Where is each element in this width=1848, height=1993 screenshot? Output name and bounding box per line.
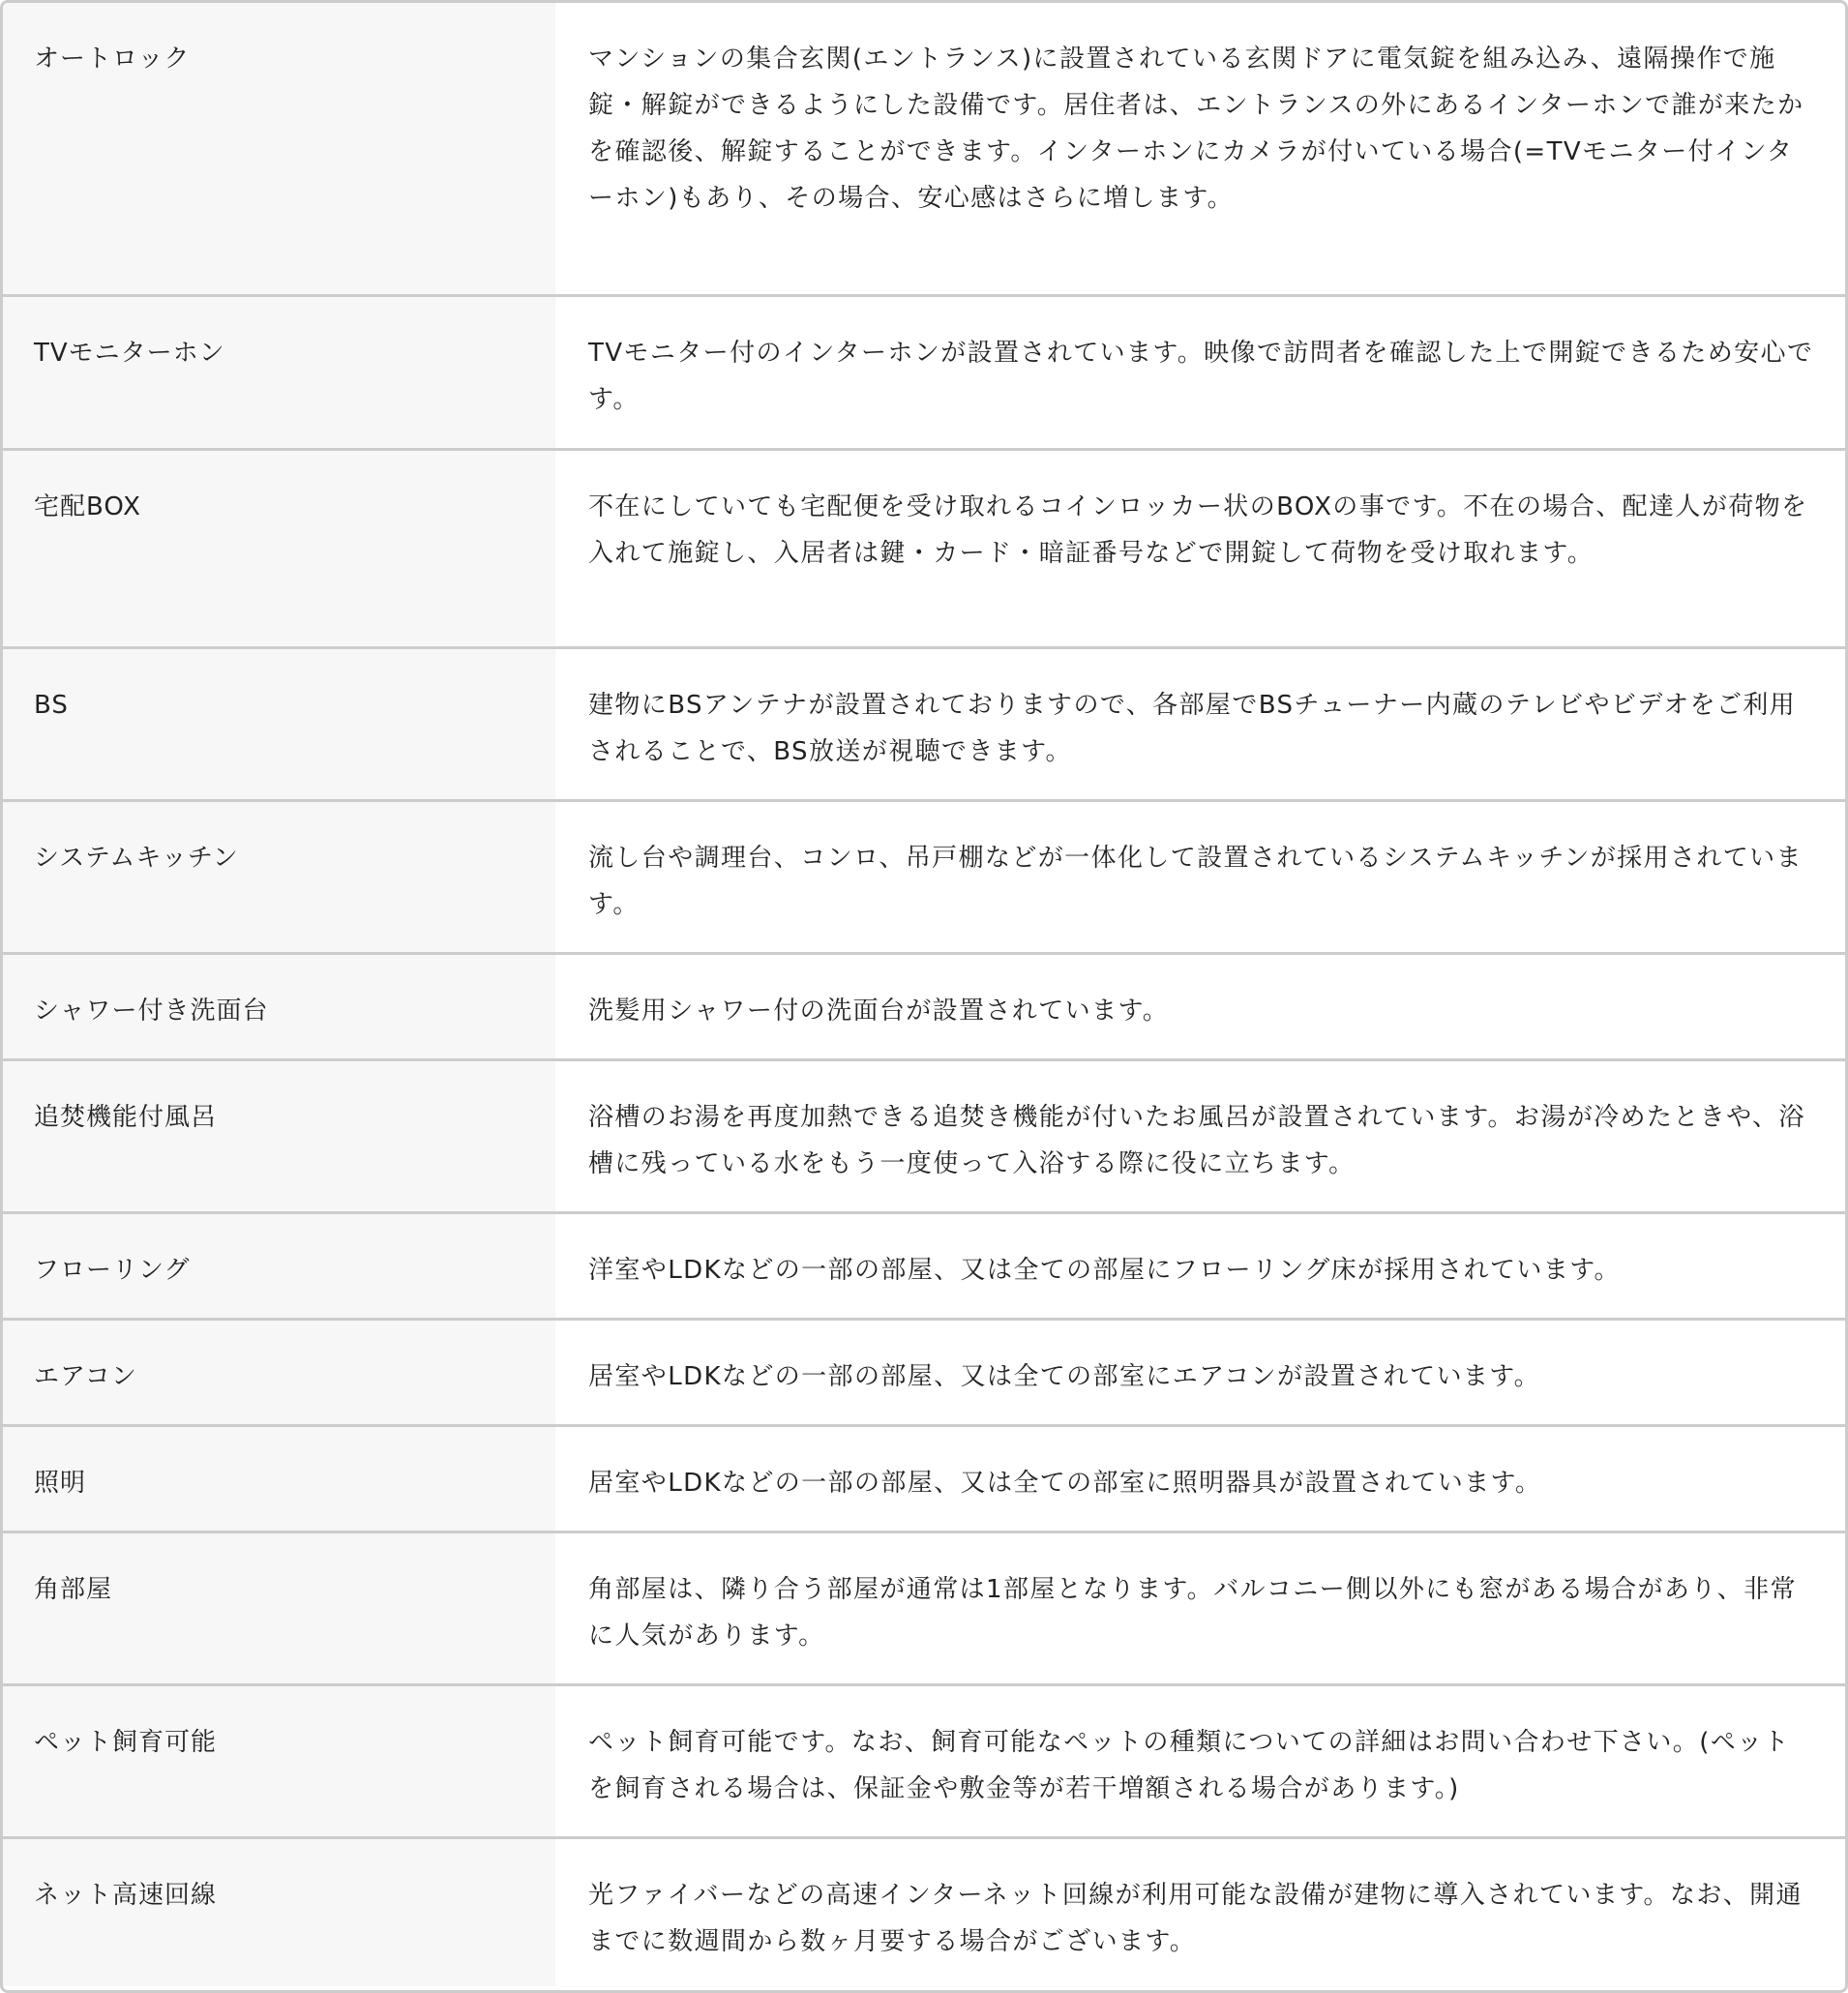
feature-label: フローリング (3, 1214, 555, 1318)
feature-description: 建物にBSアンテナが設置されておりますので、各部屋でBSチューナー内蔵のテレビや… (555, 649, 1845, 799)
table-row: 角部屋角部屋は、隣り合う部屋が通常は1部屋となります。バルコニー側以外にも窓があ… (3, 1531, 1845, 1683)
table-row: ペット飼育可能ペット飼育可能です。なお、飼育可能なペットの種類についての詳細はお… (3, 1683, 1845, 1836)
feature-label: オートロック (3, 3, 555, 294)
table-row: 照明居室やLDKなどの一部の部屋、又は全ての部室に照明器具が設置されています。 (3, 1424, 1845, 1531)
table-row: エアコン居室やLDKなどの一部の部屋、又は全ての部室にエアコンが設置されています… (3, 1318, 1845, 1424)
feature-label: 追焚機能付風呂 (3, 1061, 555, 1211)
table-row: TVモニターホンTVモニター付のインターホンが設置されています。映像で訪問者を確… (3, 294, 1845, 448)
features-table: オートロックマンションの集合玄関(エントランス)に設置されている玄関ドアに電気錠… (0, 0, 1848, 1993)
feature-description: 光ファイバーなどの高速インターネット回線が利用可能な設備が建物に導入されています… (555, 1839, 1845, 1986)
feature-description: 居室やLDKなどの一部の部屋、又は全ての部室に照明器具が設置されています。 (555, 1427, 1845, 1531)
table-row: ネット高速回線光ファイバーなどの高速インターネット回線が利用可能な設備が建物に導… (3, 1836, 1845, 1986)
table-row: BS建物にBSアンテナが設置されておりますので、各部屋でBSチューナー内蔵のテレ… (3, 646, 1845, 799)
feature-description: 流し台や調理台、コンロ、吊戸棚などが一体化して設置されているシステムキッチンが採… (555, 802, 1845, 952)
feature-description: TVモニター付のインターホンが設置されています。映像で訪問者を確認した上で開錠で… (555, 297, 1845, 448)
feature-description: 不在にしていても宅配便を受け取れるコインロッカー状のBOXの事です。不在の場合、… (555, 451, 1845, 646)
feature-label: ネット高速回線 (3, 1839, 555, 1986)
feature-description: マンションの集合玄関(エントランス)に設置されている玄関ドアに電気錠を組み込み、… (555, 3, 1845, 294)
feature-label: TVモニターホン (3, 297, 555, 448)
table-row: 宅配BOX不在にしていても宅配便を受け取れるコインロッカー状のBOXの事です。不… (3, 448, 1845, 646)
feature-description: 浴槽のお湯を再度加熱できる追焚き機能が付いたお風呂が設置されています。お湯が冷め… (555, 1061, 1845, 1211)
table-row: シャワー付き洗面台洗髪用シャワー付の洗面台が設置されています。 (3, 952, 1845, 1058)
feature-description: 洋室やLDKなどの一部の部屋、又は全ての部屋にフローリング床が採用されています。 (555, 1214, 1845, 1318)
feature-description: 洗髪用シャワー付の洗面台が設置されています。 (555, 955, 1845, 1058)
feature-description: 居室やLDKなどの一部の部屋、又は全ての部室にエアコンが設置されています。 (555, 1321, 1845, 1424)
table-row: フローリング洋室やLDKなどの一部の部屋、又は全ての部屋にフローリング床が採用さ… (3, 1211, 1845, 1318)
feature-description: ペット飼育可能です。なお、飼育可能なペットの種類についての詳細はお問い合わせ下さ… (555, 1686, 1845, 1836)
feature-label: エアコン (3, 1321, 555, 1424)
feature-label: ペット飼育可能 (3, 1686, 555, 1836)
feature-label: 角部屋 (3, 1533, 555, 1683)
table-row: システムキッチン流し台や調理台、コンロ、吊戸棚などが一体化して設置されているシス… (3, 799, 1845, 952)
feature-label: システムキッチン (3, 802, 555, 952)
feature-description: 角部屋は、隣り合う部屋が通常は1部屋となります。バルコニー側以外にも窓がある場合… (555, 1533, 1845, 1683)
table-row: オートロックマンションの集合玄関(エントランス)に設置されている玄関ドアに電気錠… (3, 3, 1845, 294)
feature-label: 照明 (3, 1427, 555, 1531)
feature-label: シャワー付き洗面台 (3, 955, 555, 1058)
feature-label: 宅配BOX (3, 451, 555, 646)
table-row: 追焚機能付風呂浴槽のお湯を再度加熱できる追焚き機能が付いたお風呂が設置されていま… (3, 1058, 1845, 1211)
feature-label: BS (3, 649, 555, 799)
